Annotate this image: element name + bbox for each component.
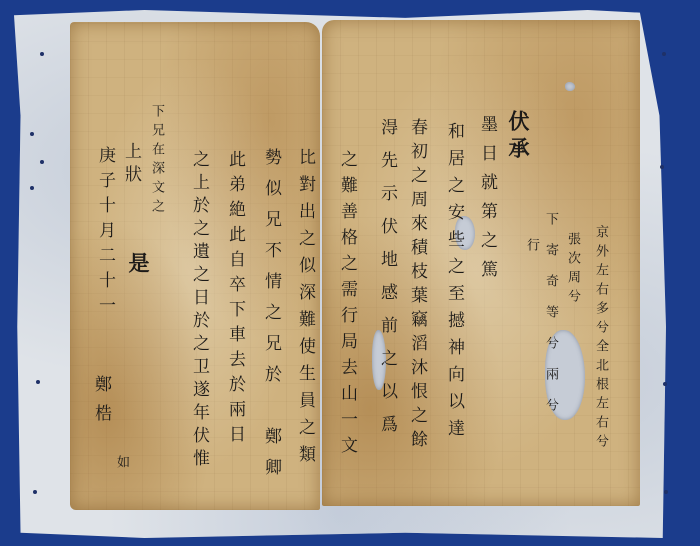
ink-speck bbox=[33, 490, 37, 494]
paper-loss-patch bbox=[565, 82, 575, 91]
ink-speck bbox=[664, 490, 668, 494]
ink-speck bbox=[30, 186, 34, 190]
text-column: 張次周兮 bbox=[566, 232, 579, 308]
signature-mark: 如 bbox=[115, 455, 128, 471]
text-column: 上狀 bbox=[122, 142, 139, 188]
ink-speck bbox=[40, 52, 44, 56]
text-column: 淂先示伏地感前之以爲 bbox=[378, 118, 395, 448]
text-column: 和居之安些之至撼神向以達 bbox=[445, 122, 462, 446]
text-column: 春初之周來積枝葉竊滔沐恨之餘 bbox=[408, 118, 425, 454]
text-column: 是 bbox=[128, 252, 149, 276]
ink-speck bbox=[36, 380, 40, 384]
signature-name: 鄭梏 bbox=[92, 375, 109, 433]
text-column: 行 bbox=[525, 238, 538, 254]
text-column: 之上於之遺之日於之卫遂年伏惟 bbox=[190, 150, 207, 472]
text-column: 墨日就第之篤 bbox=[478, 115, 495, 289]
ink-speck bbox=[660, 165, 664, 169]
text-column: 京外左右多兮全北根左右兮 bbox=[594, 225, 607, 453]
ink-speck bbox=[30, 132, 34, 136]
date-column: 庚子十月二十一 bbox=[96, 146, 113, 321]
text-column: 此弟絶此自卒下車去於兩日 bbox=[226, 150, 243, 450]
text-column: 勢似兄不情之兄於 鄭卿 bbox=[262, 148, 279, 489]
text-column-heading: 伏承 bbox=[508, 110, 529, 164]
text-column: 之難善格之需行局去山一文 bbox=[338, 150, 355, 462]
ink-speck bbox=[663, 382, 667, 386]
text-column: 下寄奇等兮兩兮 bbox=[544, 212, 557, 429]
ink-speck bbox=[662, 52, 666, 56]
text-column: 下兄在深文之 bbox=[150, 104, 163, 218]
text-column: 比對出之似深難使生員之類 bbox=[296, 148, 313, 472]
ink-speck bbox=[40, 160, 44, 164]
